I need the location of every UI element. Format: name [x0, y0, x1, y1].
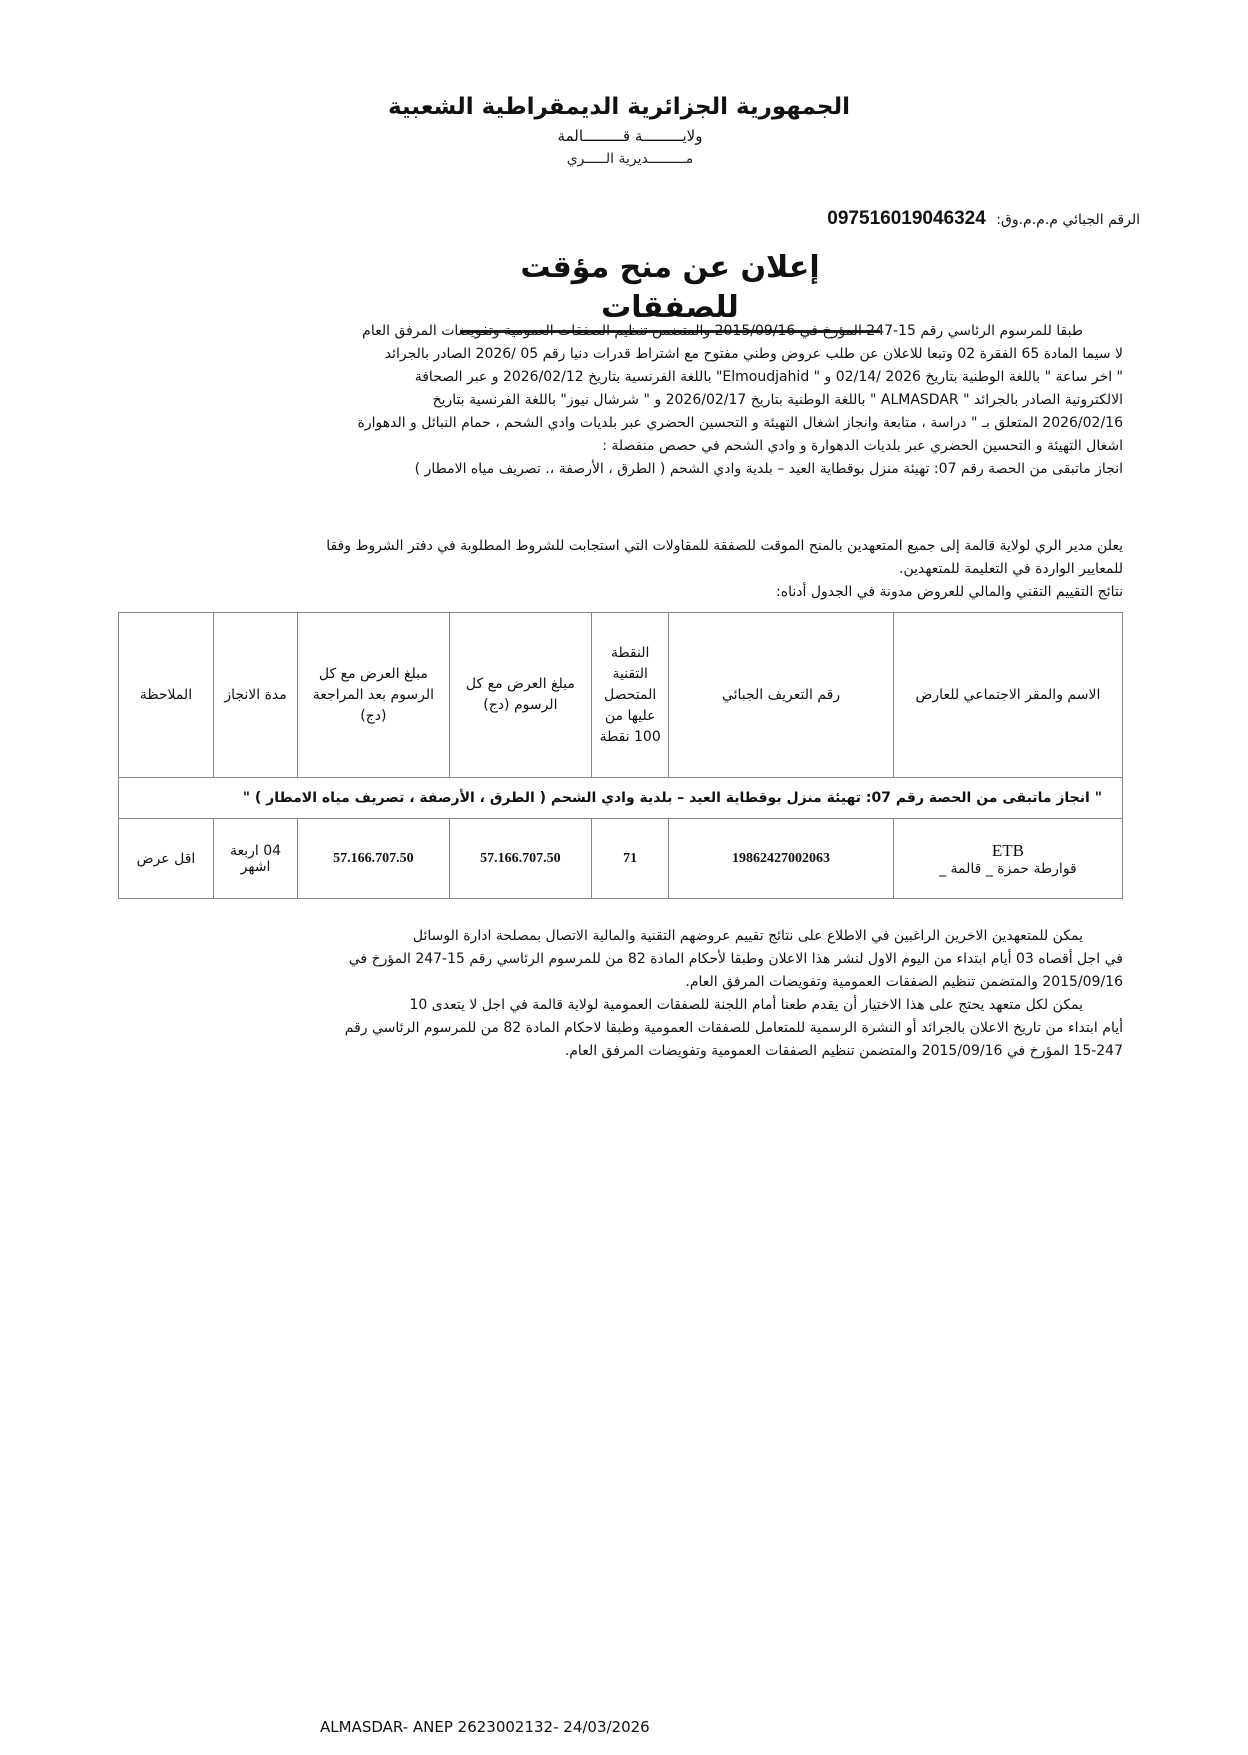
intro-line: اشغال التهيئة و التحسين الحضري عبر بلديا…	[118, 435, 1123, 458]
tax-id-line: الرقم الجبائي م.م.م.وق: 097516019046324	[740, 208, 1140, 230]
director-line: يعلن مدير الري لولاية قالمة إلى جميع الم…	[118, 535, 1123, 558]
letterhead: الجمهورية الجزائرية الديمقراطية الشعبية …	[380, 92, 880, 170]
intro-paragraph: طبقا للمرسوم الرئاسي رقم 15-247 المؤرخ ف…	[118, 320, 1123, 481]
remark-cell: اقل عرض	[119, 819, 214, 899]
closing-paragraphs: يمكن للمتعهدين الاخرين الراغبين في الاطل…	[118, 925, 1123, 1063]
intro-line: الالكترونية الصادر بالجرائد " ALMASDAR "…	[118, 389, 1123, 412]
bidder-cell: ETB قوارطة حمزة _ قالمة _	[893, 819, 1122, 899]
directorate-label: مـــــــــديرية الـــــري	[380, 148, 880, 170]
bidder-name: قوارطة حمزة _ قالمة _	[939, 861, 1077, 877]
header-bidder: الاسم والمقر الاجتماعي للعارض	[893, 613, 1122, 778]
tax-id-cell: 19862427002063	[669, 819, 894, 899]
closing-line: 2015/09/16 والمتضمن تنظيم الصفقات العموم…	[118, 971, 1123, 994]
intro-line: طبقا للمرسوم الرئاسي رقم 15-247 المؤرخ ف…	[118, 320, 1123, 343]
offer-amount-cell: 57.166.707.50	[449, 819, 592, 899]
offer-amount-revised-cell: 57.166.707.50	[298, 819, 449, 899]
table-header-row: الاسم والمقر الاجتماعي للعارض رقم التعري…	[119, 613, 1123, 778]
director-paragraph: يعلن مدير الري لولاية قالمة إلى جميع الم…	[118, 535, 1123, 604]
closing-line: يمكن للمتعهدين الاخرين الراغبين في الاطل…	[118, 925, 1123, 948]
appeal-line: يمكن لكل متعهد يحتج على هذا الاختيار أن …	[118, 994, 1123, 1017]
header-offer-amount: مبلغ العرض مع كل الرسوم (دج)	[449, 613, 592, 778]
lot-description: " انجاز ماتبقى من الحصة رقم 07: تهيئة من…	[119, 778, 1123, 819]
header-technical-score: النقطة التقنية المتحصل عليها من 100 نقطة	[592, 613, 669, 778]
wilaya-label: ولايـــــــــة قـــــــــالمة	[380, 124, 880, 148]
bidder-type: ETB	[898, 841, 1118, 861]
tax-id-label: الرقم الجبائي م.م.م.وق:	[996, 212, 1140, 228]
closing-line: في اجل أقصاه 03 أيام ابتداء من اليوم الا…	[118, 948, 1123, 971]
tax-id-value: 097516019046324	[827, 208, 986, 229]
intro-lot-line: انجاز ماتبقى من الحصة رقم 07: تهيئة منزل…	[118, 458, 1123, 481]
duration-cell: 04 اربعة اشهر	[213, 819, 297, 899]
results-table: الاسم والمقر الاجتماعي للعارض رقم التعري…	[118, 612, 1123, 899]
republic-title: الجمهورية الجزائرية الديمقراطية الشعبية	[380, 92, 880, 122]
intro-line: " اخر ساعة " باللغة الوطنية بتاريخ 2026 …	[118, 366, 1123, 389]
intro-line: 2026/02/16 المتعلق بـ " دراسة ، متابعة و…	[118, 412, 1123, 435]
header-offer-amount-revised: مبلغ العرض مع كل الرسوم بعد المراجعة (دج…	[298, 613, 449, 778]
header-tax-id: رقم التعريف الجبائي	[669, 613, 894, 778]
technical-score-cell: 71	[592, 819, 669, 899]
director-line: نتائج التقييم التقني والمالي للعروض مدون…	[118, 581, 1123, 604]
lot-row: " انجاز ماتبقى من الحصة رقم 07: تهيئة من…	[119, 778, 1123, 819]
appeal-line: أيام ابتداء من تاريخ الاعلان بالجرائد أو…	[118, 1017, 1123, 1040]
header-duration: مدة الانجاز	[213, 613, 297, 778]
header-remark: الملاحظة	[119, 613, 214, 778]
document-page: الجمهورية الجزائرية الديمقراطية الشعبية …	[0, 0, 1248, 1755]
intro-line: لا سيما المادة 65 الفقرة 02 وتبعا للاعلا…	[118, 343, 1123, 366]
publication-stamp: ALMASDAR- ANEP 2623002132- 24/03/2026	[320, 1718, 650, 1736]
appeal-line: 15-247 المؤرخ في 2015/09/16 والمتضمن تنظ…	[118, 1040, 1123, 1063]
table-row: ETB قوارطة حمزة _ قالمة _ 19862427002063…	[119, 819, 1123, 899]
director-line: للمعايير الواردة في التعليمة للمتعهدين.	[118, 558, 1123, 581]
